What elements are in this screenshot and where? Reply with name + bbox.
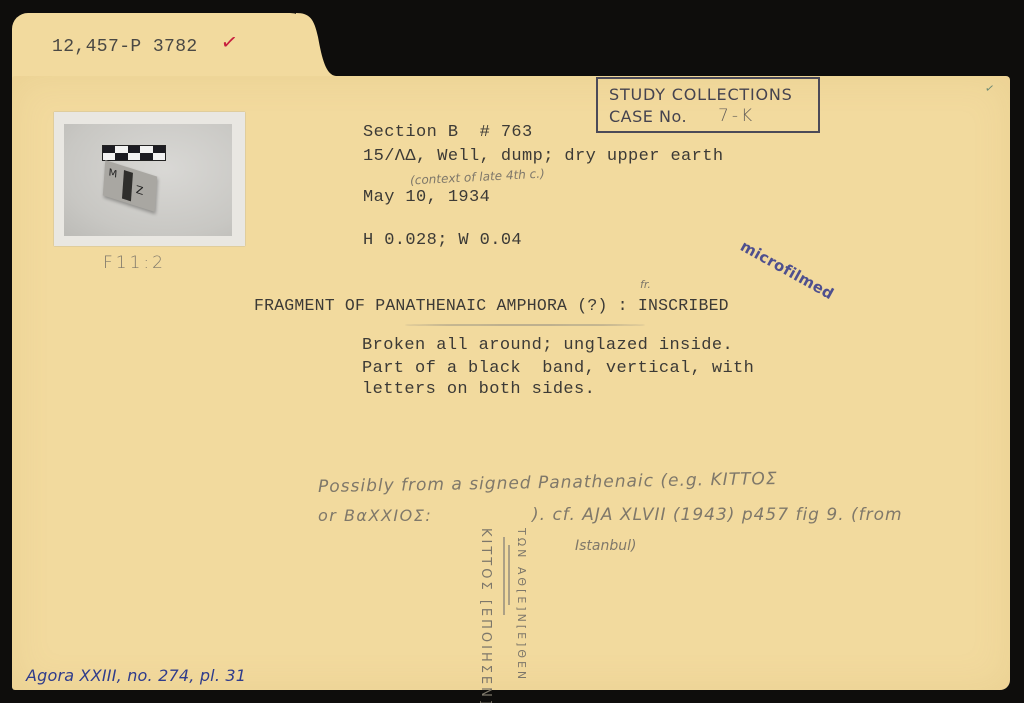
card-tab-curve bbox=[296, 13, 336, 77]
object-photo: M Z bbox=[54, 112, 245, 246]
inscription-divider-line bbox=[503, 537, 505, 615]
sherd-letter-left: M bbox=[108, 167, 117, 181]
stamp-title: STUDY COLLECTIONS bbox=[609, 85, 793, 104]
handwritten-note-line-3: Istanbul) bbox=[575, 538, 636, 554]
stamp-case-label: CASE No. bbox=[609, 107, 687, 126]
inscription-divider-line bbox=[508, 545, 510, 605]
description-line-1: Broken all around; unglazed inside. bbox=[362, 336, 733, 355]
sherd-fragment-image: M Z bbox=[103, 160, 157, 212]
dimensions: H 0.028; W 0.04 bbox=[363, 231, 522, 250]
sherd-letter-right: Z bbox=[135, 183, 143, 198]
section-line: Section B # 763 bbox=[363, 123, 533, 142]
publication-reference: Agora XXIII, no. 274, pl. 31 bbox=[26, 666, 246, 685]
study-collections-stamp: STUDY COLLECTIONS CASE No. 7-K bbox=[596, 77, 820, 133]
catalog-number: 12,457-P 3782 bbox=[52, 37, 198, 57]
vertical-inscription-left: ΚΙΤΤΟΣ [ΕΠΟΙΗΣΕΝ] bbox=[478, 528, 493, 703]
handwritten-note-line-2-end: ). cf. AJA XLVII (1943) p457 fig 9. (fro… bbox=[532, 505, 903, 525]
stamp-case-value: 7-K bbox=[718, 106, 755, 126]
photo-caption: F11:2 bbox=[103, 253, 166, 273]
sherd-black-band bbox=[122, 170, 133, 201]
vertical-inscription-right: ΤΩΝ ΑΘ[Ε]Ν[Ε]ΘΕΝ bbox=[515, 528, 528, 682]
object-title: FRAGMENT OF PANATHENAIC AMPHORA (?) : IN… bbox=[254, 296, 729, 315]
location-line: 15/ΛΔ, Well, dump; dry upper earth bbox=[363, 147, 723, 166]
red-check-icon: ✓ bbox=[219, 29, 239, 55]
title-underline bbox=[405, 324, 645, 326]
description-line-2: Part of a black band, vertical, with bbox=[362, 359, 754, 378]
description-line-3: letters on both sides. bbox=[362, 380, 595, 399]
handwritten-note-line-2-start: or ΒαΧΧΙΟΣ: bbox=[318, 506, 432, 525]
date: May 10, 1934 bbox=[363, 188, 490, 207]
photo-image: M Z bbox=[64, 124, 232, 236]
scale-bar-icon bbox=[102, 145, 166, 161]
title-annotation: fr. bbox=[640, 278, 651, 291]
